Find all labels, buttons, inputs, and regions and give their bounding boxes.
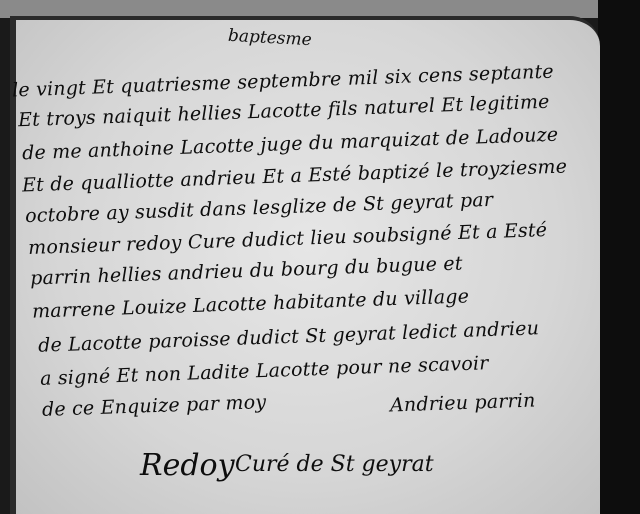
priest-title: Curé de St geyrat [235, 452, 434, 477]
priest-signature: Redoy [140, 448, 235, 483]
scan-right-edge [598, 0, 640, 514]
